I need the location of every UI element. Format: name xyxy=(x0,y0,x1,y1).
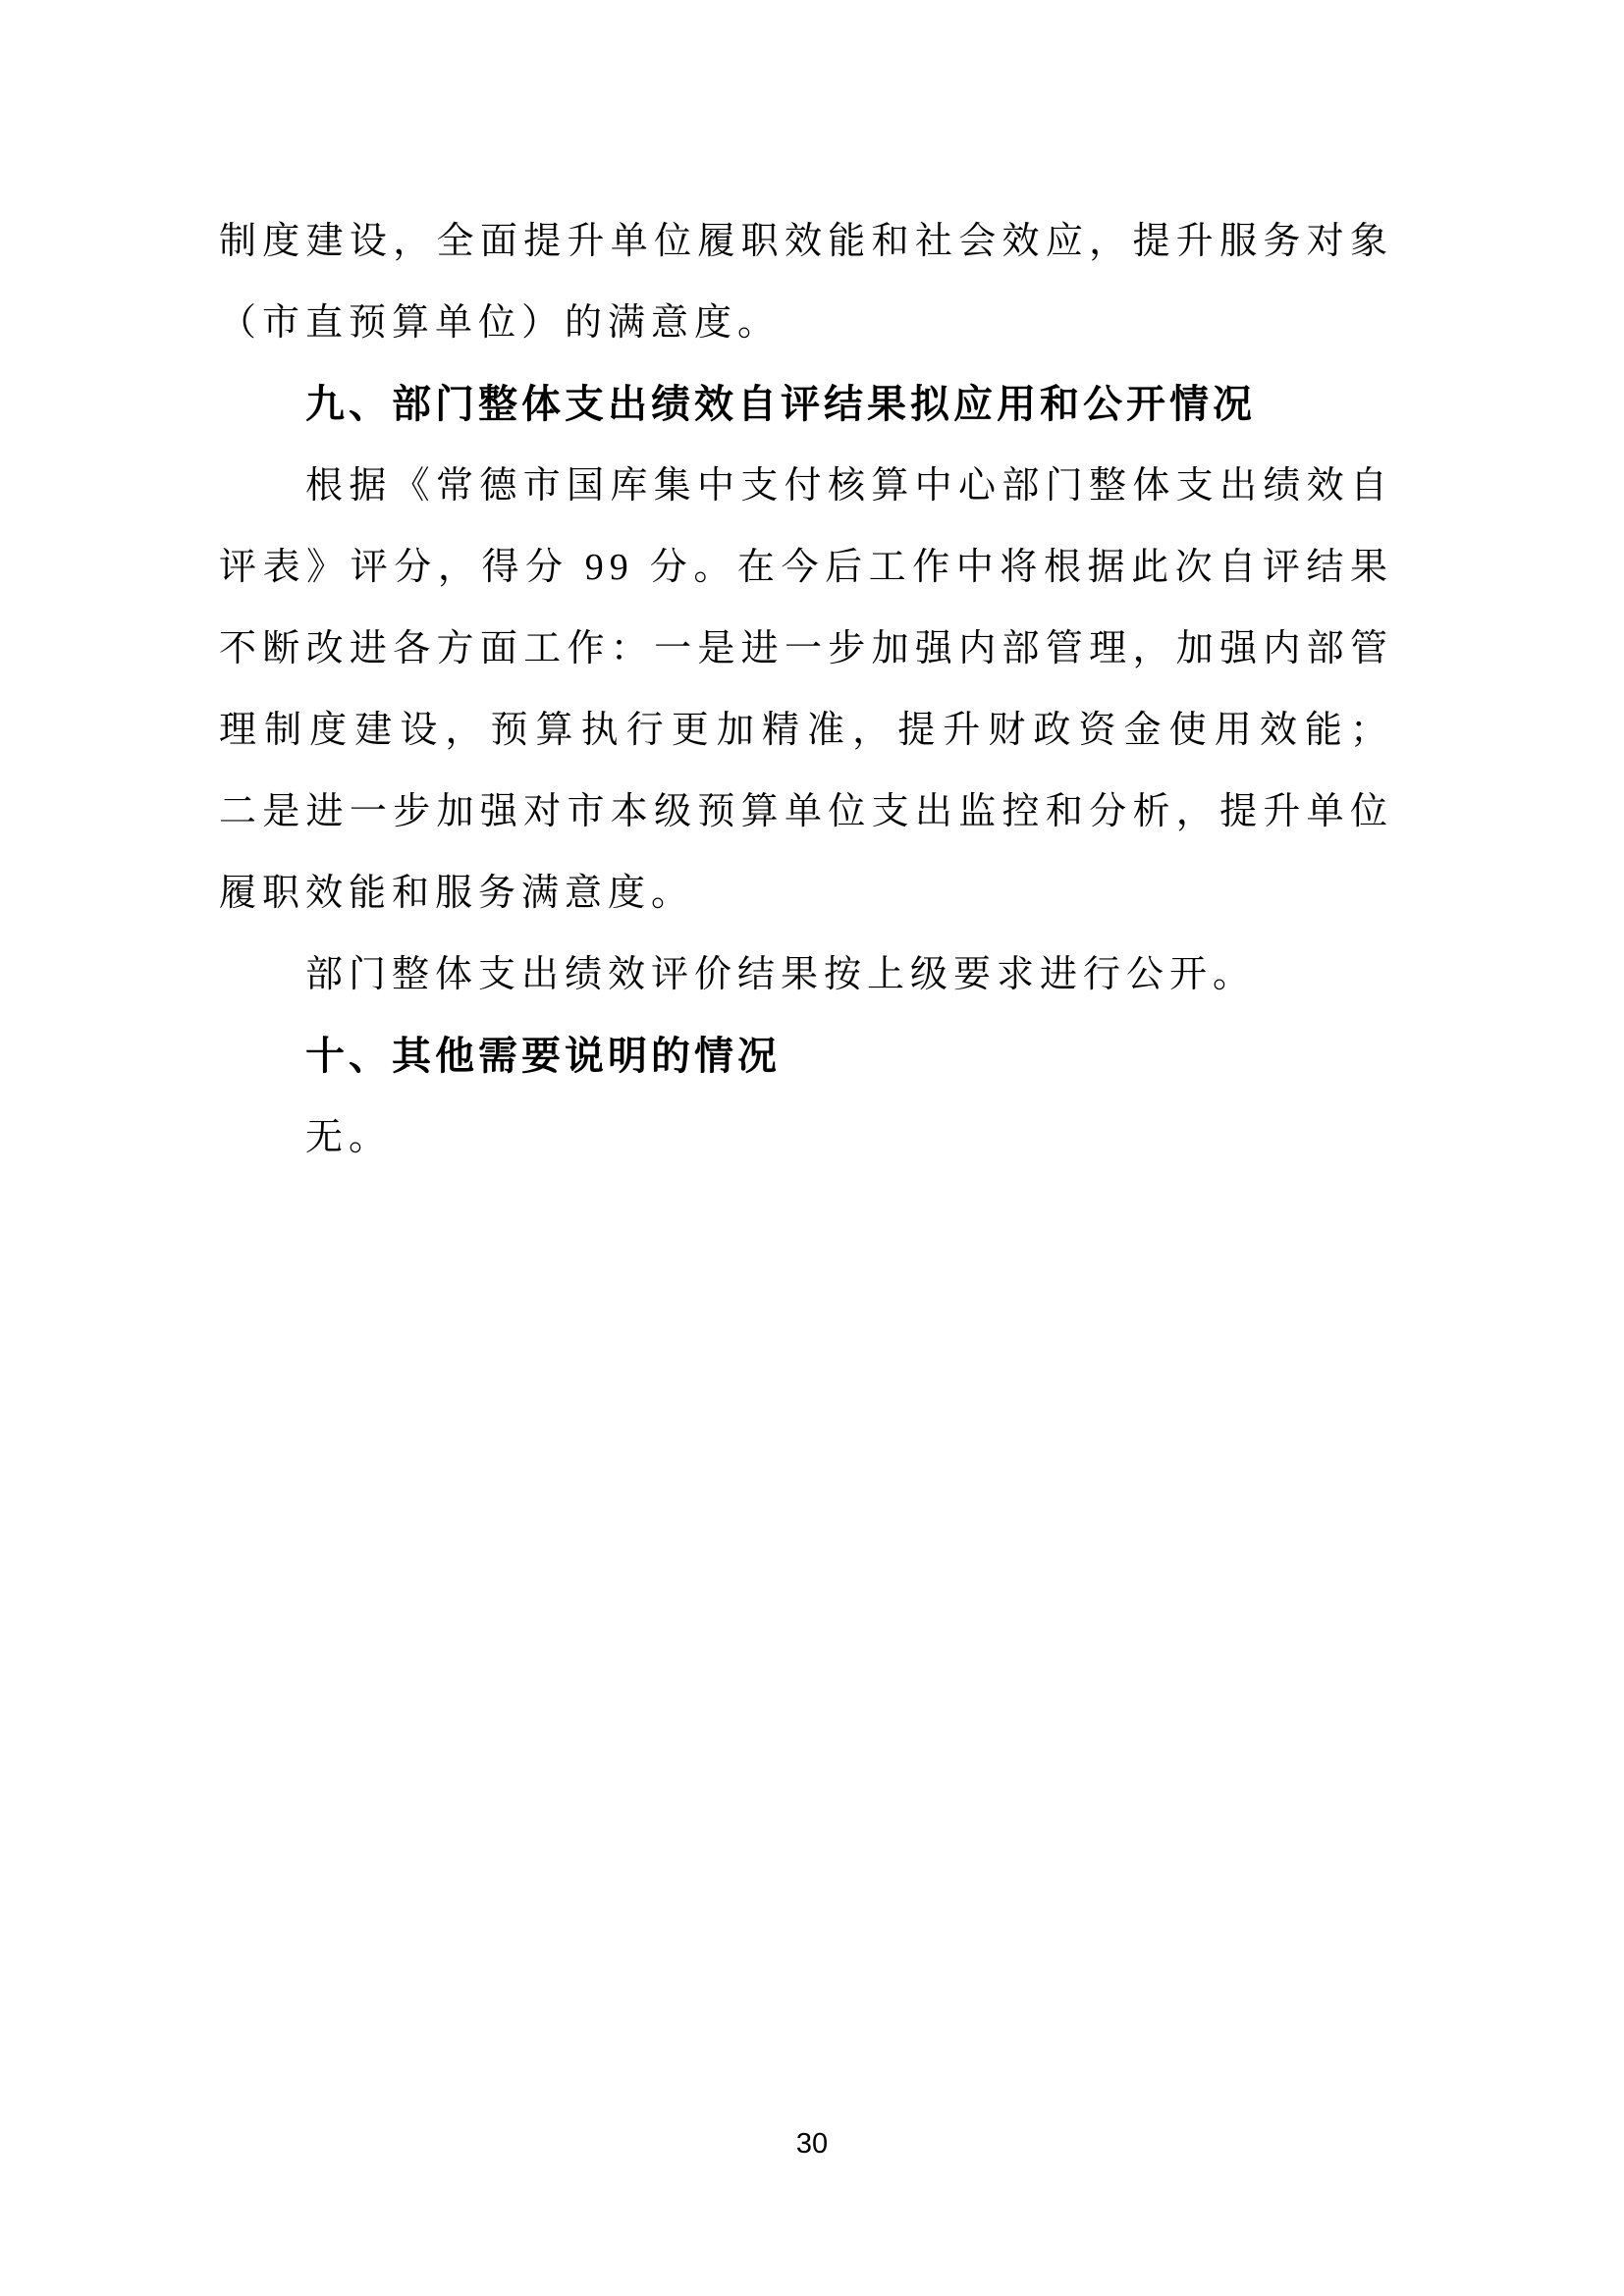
paragraph-line: 不断改进各方面工作：一是进一步加强内部管理，加强内部管 xyxy=(219,609,1393,690)
paragraph-line: （市直预算单位）的满意度。 xyxy=(219,283,1393,364)
paragraph-line: 根据《常德市国库集中支付核算中心部门整体支出绩效自 xyxy=(219,446,1393,527)
paragraph-line: 部门整体支出绩效评价结果按上级要求进行公开。 xyxy=(219,934,1393,1016)
paragraph-line: 评表》评分，得分 99 分。在今后工作中将根据此次自评结果 xyxy=(219,527,1393,609)
document-page: 制度建设，全面提升单位履职效能和社会效应，提升服务对象 （市直预算单位）的满意度… xyxy=(0,0,1624,2296)
section-heading-ten: 十、其他需要说明的情况 xyxy=(219,1016,1393,1097)
paragraph-line: 二是进一步加强对市本级预算单位支出监控和分析，提升单位 xyxy=(219,772,1393,853)
paragraph-line: 理制度建设，预算执行更加精准，提升财政资金使用效能； xyxy=(219,690,1393,772)
paragraph-continuation-line: 制度建设，全面提升单位履职效能和社会效应，提升服务对象 xyxy=(219,201,1393,283)
paragraph-line: 无。 xyxy=(219,1097,1393,1179)
section-heading-nine: 九、部门整体支出绩效自评结果拟应用和公开情况 xyxy=(219,364,1393,446)
paragraph-line: 履职效能和服务满意度。 xyxy=(219,853,1393,934)
document-body: 制度建设，全面提升单位履职效能和社会效应，提升服务对象 （市直预算单位）的满意度… xyxy=(219,201,1393,1179)
page-number: 30 xyxy=(0,2124,1624,2163)
